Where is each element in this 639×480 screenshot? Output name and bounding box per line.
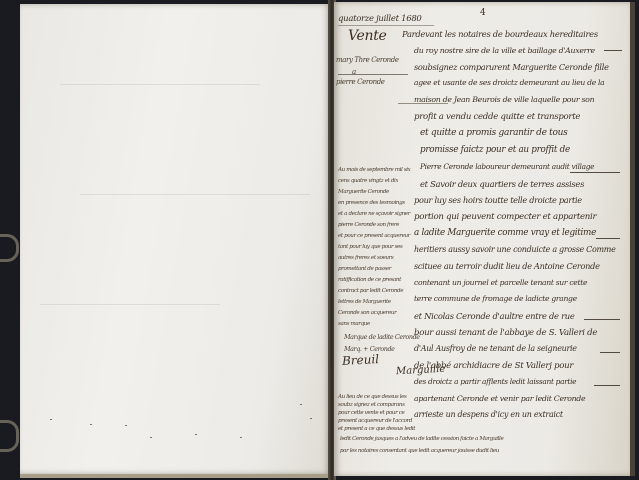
body-line: promisse faictz pour et au proffit de	[420, 145, 570, 155]
body-line: des droictz a partir afflents ledit lais…	[414, 377, 576, 386]
body-line: a ladite Marguerite comme vray et legiti…	[414, 228, 596, 238]
lower-margin-note: present acquereur de l'accord	[338, 418, 412, 424]
body-line: et Savoir deux quartiers de terres assis…	[420, 179, 584, 189]
margin-note: autres freres et soeurs	[338, 255, 393, 261]
margin-note: et a declare ne sçavoir signer	[338, 211, 410, 217]
folio-number: 4	[480, 8, 486, 18]
closing-line: ledit Ceronde jusques a l'adveu de ladit…	[340, 436, 503, 442]
margin-note: Ceronde son acquereur	[338, 310, 396, 316]
notary-signature: Marguille	[396, 364, 446, 378]
deed-title: Vente	[348, 28, 387, 44]
lower-margin-note: et present a ce que dessus ledit	[338, 426, 415, 432]
margin-note: cens quatre vingtz et dix	[338, 178, 398, 184]
right-page-manuscript: quatorze juillet 1680 4 Vente mary Thre …	[334, 2, 635, 476]
body-line: agee et usante de ses droictz demeurant …	[414, 78, 604, 87]
body-line: terre commune de fromage de ladicte gran…	[414, 294, 577, 303]
margin-party: pierre Ceronde	[336, 78, 385, 86]
margin-note: en presence des tesmoings	[338, 200, 405, 206]
margin-note: sans marque	[338, 321, 370, 327]
body-line: bour aussi tenant de l'abbaye de S. Vall…	[414, 328, 597, 338]
closing-line: par les notaires consentant que ledit ac…	[340, 448, 499, 454]
lower-margin-note: soubz signez et comparans	[338, 402, 405, 408]
body-line: apartenant Ceronde et venir par ledit Ce…	[414, 394, 585, 403]
margin-note: Au mois de septembre mil six	[338, 167, 410, 173]
margin-note: tant pour luy que pour ses	[338, 244, 402, 250]
margin-party: mary Thre Ceronde	[336, 56, 399, 64]
body-line: d'Aul Ausfroy de ne tenant de la seigneu…	[414, 344, 577, 353]
body-line: scituee au terroir dudit lieu de Antoine…	[414, 261, 600, 271]
binding-tie	[0, 420, 19, 452]
margin-note: ratiffication de ce presant	[338, 277, 401, 283]
margin-note: et pour ce present acquereur	[338, 233, 410, 239]
body-line: et Nicolas Ceronde d'aultre entre de rue	[414, 311, 575, 321]
lower-margin-note: pour cette vente et pour ce	[338, 410, 404, 416]
body-line: et quitte a promis garantir de tous	[420, 128, 567, 138]
margin-note: Marguerite Ceronde	[338, 189, 389, 195]
body-line: soubsignez comparurent Marguerite Cerond…	[414, 62, 609, 72]
margin-note: contract par ledit Ceronde	[338, 288, 403, 294]
margin-note: promettant de passer	[338, 266, 391, 272]
header-date: quatorze juillet 1680	[338, 14, 422, 24]
body-line: contenant un journel et parcelle tenant …	[414, 278, 587, 287]
signature-mark-text: Marque de ladite Ceronde	[344, 333, 420, 341]
body-line: du roy nostre sire de la ville et bailla…	[414, 46, 595, 55]
body-line: profit a vendu cedde quitte et transport…	[414, 112, 580, 122]
body-line: Pardevant les notaires de bourdeaux here…	[402, 29, 598, 39]
body-line: pour luy ses hoirs toutte telle droicte …	[414, 195, 582, 205]
left-page-blank	[20, 4, 330, 478]
body-line: arrieste un despens d'icy en un extraict	[414, 410, 563, 419]
body-line: portion qui peuvent compecter et apparte…	[414, 212, 596, 222]
body-line: heritiers aussy savoir une conduicte a g…	[414, 245, 616, 254]
body-line: Pierre Ceronde laboureur demeurant audit…	[420, 162, 594, 171]
notary-signature: Breuil	[342, 352, 380, 368]
margin-note: lettres de Marguerite	[338, 299, 391, 305]
margin-note: pierre Ceronde son frere	[338, 222, 399, 228]
lower-margin-note: Au lieu de ce que dessus les	[338, 394, 407, 400]
